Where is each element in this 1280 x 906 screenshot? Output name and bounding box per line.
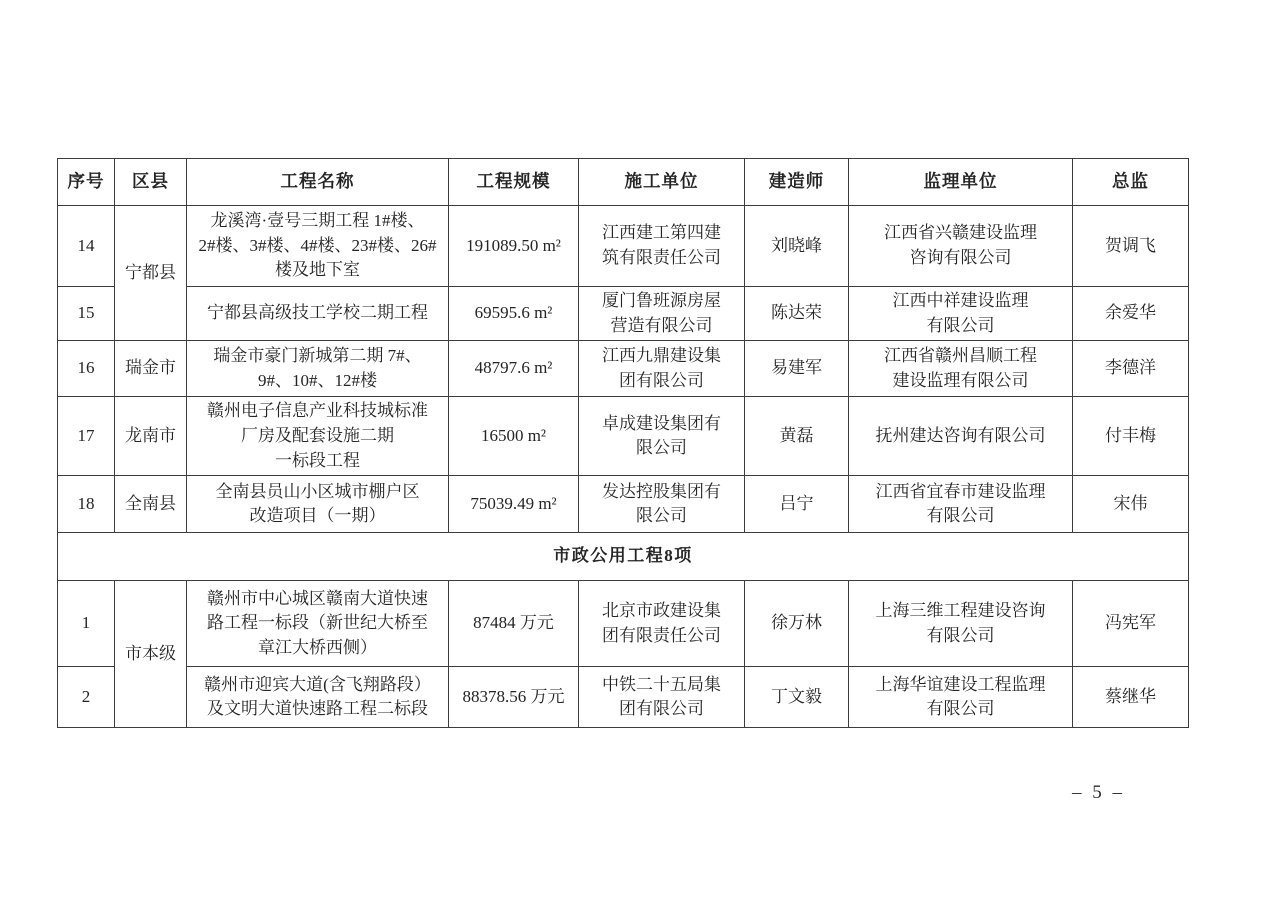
cell-supervision-unit: 江西省兴赣建设监理 咨询有限公司 [849,206,1073,287]
cell-no: 15 [58,287,115,341]
header-scale: 工程规模 [449,159,579,206]
cell-district: 宁都县 [115,206,187,341]
cell-project-name: 全南县员山小区城市棚户区 改造项目（一期） [187,476,449,533]
header-supervision-unit: 监理单位 [849,159,1073,206]
table-row: 16 瑞金市 瑞金市豪门新城第二期 7#、 9#、10#、12#楼 48797.… [58,341,1189,397]
cell-supervision-unit: 江西省赣州昌顺工程 建设监理有限公司 [849,341,1073,397]
cell-builder: 丁文毅 [745,667,849,728]
cell-supervision-unit: 江西省宜春市建设监理 有限公司 [849,476,1073,533]
cell-no: 2 [58,667,115,728]
cell-district: 龙南市 [115,397,187,476]
cell-project-name: 龙溪湾·壹号三期工程 1#楼、 2#楼、3#楼、4#楼、23#楼、26# 楼及地… [187,206,449,287]
cell-district: 市本级 [115,581,187,728]
cell-scale: 69595.6 m² [449,287,579,341]
cell-builder: 陈达荣 [745,287,849,341]
cell-supervision-unit: 上海三维工程建设咨询 有限公司 [849,581,1073,667]
document-page: 序号 区县 工程名称 工程规模 施工单位 建造师 监理单位 总监 14 宁都县 … [0,0,1280,906]
cell-district: 瑞金市 [115,341,187,397]
cell-no: 1 [58,581,115,667]
cell-contractor: 厦门鲁班源房屋 营造有限公司 [579,287,745,341]
cell-contractor: 中铁二十五局集 团有限公司 [579,667,745,728]
cell-chief-supervisor: 冯宪军 [1073,581,1189,667]
table-row: 2 赣州市迎宾大道(含飞翔路段） 及文明大道快速路工程二标段 88378.56 … [58,667,1189,728]
cell-chief-supervisor: 宋伟 [1073,476,1189,533]
cell-scale: 75039.49 m² [449,476,579,533]
table-row: 15 宁都县高级技工学校二期工程 69595.6 m² 厦门鲁班源房屋 营造有限… [58,287,1189,341]
header-no: 序号 [58,159,115,206]
cell-project-name: 赣州市中心城区赣南大道快速 路工程一标段（新世纪大桥至 章江大桥西侧） [187,581,449,667]
section-header: 市政公用工程8项 [58,533,1189,581]
cell-no: 14 [58,206,115,287]
cell-scale: 16500 m² [449,397,579,476]
table-row: 18 全南县 全南县员山小区城市棚户区 改造项目（一期） 75039.49 m²… [58,476,1189,533]
cell-chief-supervisor: 余爱华 [1073,287,1189,341]
table-header-row: 序号 区县 工程名称 工程规模 施工单位 建造师 监理单位 总监 [58,159,1189,206]
header-chief-supervisor: 总监 [1073,159,1189,206]
cell-supervision-unit: 江西中祥建设监理 有限公司 [849,287,1073,341]
cell-project-name: 赣州电子信息产业科技城标准 厂房及配套设施二期 一标段工程 [187,397,449,476]
header-builder: 建造师 [745,159,849,206]
cell-builder: 徐万林 [745,581,849,667]
cell-no: 16 [58,341,115,397]
header-district: 区县 [115,159,187,206]
header-contractor: 施工单位 [579,159,745,206]
cell-builder: 黄磊 [745,397,849,476]
cell-chief-supervisor: 蔡继华 [1073,667,1189,728]
cell-chief-supervisor: 付丰梅 [1073,397,1189,476]
cell-chief-supervisor: 李德洋 [1073,341,1189,397]
table-row: 17 龙南市 赣州电子信息产业科技城标准 厂房及配套设施二期 一标段工程 165… [58,397,1189,476]
cell-contractor: 江西建工第四建 筑有限责任公司 [579,206,745,287]
cell-scale: 191089.50 m² [449,206,579,287]
cell-contractor: 北京市政建设集 团有限责任公司 [579,581,745,667]
cell-project-name: 瑞金市豪门新城第二期 7#、 9#、10#、12#楼 [187,341,449,397]
page-number: – 5 – [1072,782,1125,804]
cell-scale: 88378.56 万元 [449,667,579,728]
section-header-row: 市政公用工程8项 [58,533,1189,581]
cell-contractor: 发达控股集团有 限公司 [579,476,745,533]
cell-project-name: 宁都县高级技工学校二期工程 [187,287,449,341]
cell-district: 全南县 [115,476,187,533]
header-project-name: 工程名称 [187,159,449,206]
cell-project-name: 赣州市迎宾大道(含飞翔路段） 及文明大道快速路工程二标段 [187,667,449,728]
cell-scale: 87484 万元 [449,581,579,667]
cell-chief-supervisor: 贺调飞 [1073,206,1189,287]
cell-contractor: 江西九鼎建设集 团有限公司 [579,341,745,397]
projects-table: 序号 区县 工程名称 工程规模 施工单位 建造师 监理单位 总监 14 宁都县 … [57,158,1189,728]
cell-no: 18 [58,476,115,533]
cell-builder: 易建军 [745,341,849,397]
cell-supervision-unit: 抚州建达咨询有限公司 [849,397,1073,476]
cell-no: 17 [58,397,115,476]
table-row: 14 宁都县 龙溪湾·壹号三期工程 1#楼、 2#楼、3#楼、4#楼、23#楼、… [58,206,1189,287]
cell-contractor: 卓成建设集团有 限公司 [579,397,745,476]
cell-supervision-unit: 上海华谊建设工程监理 有限公司 [849,667,1073,728]
cell-builder: 吕宁 [745,476,849,533]
cell-builder: 刘晓峰 [745,206,849,287]
table-row: 1 市本级 赣州市中心城区赣南大道快速 路工程一标段（新世纪大桥至 章江大桥西侧… [58,581,1189,667]
cell-scale: 48797.6 m² [449,341,579,397]
